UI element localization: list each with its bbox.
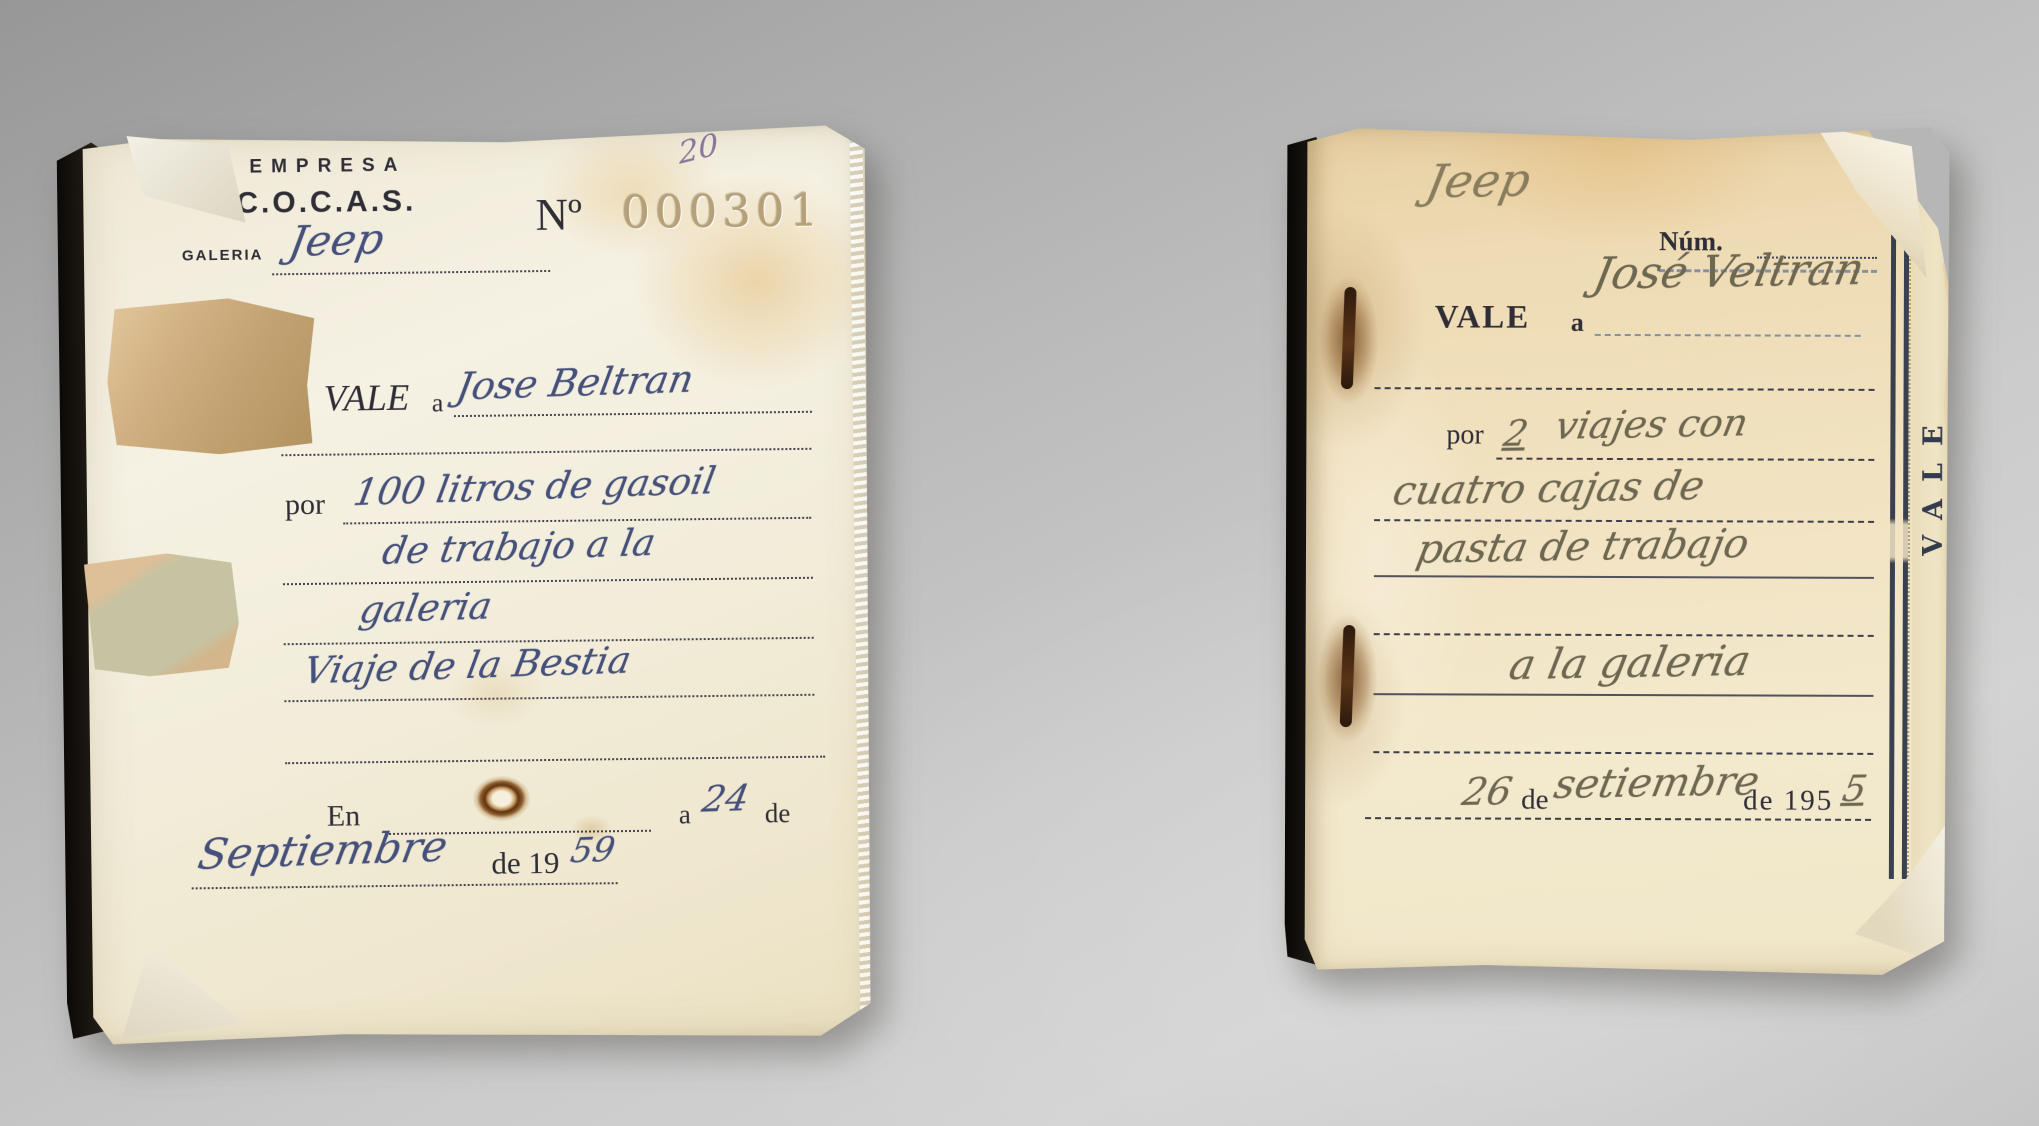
- vale-label: VALE: [1435, 299, 1531, 336]
- blank-line-1: [1375, 387, 1875, 391]
- left-voucher: EMPRESA C.O.C.A.S. Nº 000301 20 GALERIA …: [56, 125, 875, 1045]
- body-line-1-handwritten: viajes con: [1552, 400, 1752, 447]
- year-handwritten: 5: [1839, 769, 1870, 810]
- body-line-3-handwritten: galeria: [356, 584, 495, 631]
- body-line-2-handwritten: de trabajo a la: [379, 521, 659, 573]
- staple-top-slit: [1341, 287, 1357, 389]
- body-line-1-handwritten: 100 litros de gasoil: [350, 459, 719, 514]
- pencil-annotation: 20: [677, 127, 720, 172]
- month-handwritten: Septiembre: [194, 822, 451, 879]
- por-label: por: [1446, 419, 1483, 451]
- staple-bottom: [1317, 613, 1377, 743]
- payee-handwritten: José Veltran: [1589, 244, 1868, 300]
- de-label-1: de: [1521, 784, 1548, 817]
- blank-line-2: [285, 756, 825, 765]
- body-line-4-handwritten: Viaje de la Bestia: [300, 639, 634, 693]
- body-line-1-rule: [1496, 458, 1874, 461]
- destination-rule: [1373, 693, 1873, 697]
- galeria-value-handwritten: Jeep: [285, 214, 388, 266]
- vertical-rule-outer: [1889, 235, 1896, 879]
- year-handwritten: 59: [568, 830, 619, 872]
- day-prefix-label: a: [679, 799, 691, 830]
- tape-patch-bottom: [84, 550, 242, 679]
- body-line-2-handwritten: cuatro cajas de: [1389, 463, 1708, 514]
- blank-line-1: [281, 448, 811, 456]
- blank-line-2: [1374, 633, 1874, 637]
- blank-line-3: [1373, 751, 1873, 755]
- vale-a-label: a: [1571, 308, 1584, 338]
- staple-bottom-slit: [1340, 625, 1356, 727]
- right-voucher-paper: Jeep Núm. VALE a José Veltran por 2 viaj…: [1305, 125, 1950, 975]
- company-name-line1: EMPRESA: [238, 155, 418, 179]
- pencil-annotation: Jeep: [1422, 153, 1535, 209]
- galeria-line: [272, 270, 550, 275]
- serial-number-value: 000301: [621, 184, 823, 239]
- payee-handwritten: Jose Beltran: [453, 357, 697, 409]
- scanned-vouchers-page: EMPRESA C.O.C.A.S. Nº 000301 20 GALERIA …: [0, 0, 2039, 1126]
- month-handwritten: setiembre: [1550, 758, 1763, 807]
- de-label-2: de 195: [1743, 784, 1833, 817]
- staple-top: [1319, 275, 1379, 405]
- day-suffix-label: de: [765, 798, 791, 829]
- stub-vertical-vale-text: VALE: [1918, 391, 1949, 573]
- day-handwritten: 24: [699, 778, 752, 821]
- payee-line: [454, 411, 812, 417]
- body-line-4-rule: [284, 694, 814, 702]
- body-qty-handwritten: 2: [1500, 413, 1531, 454]
- galeria-label: GALERIA: [182, 246, 264, 264]
- serial-number-prefix: Nº: [535, 189, 582, 242]
- body-line-2-rule: [283, 577, 813, 585]
- tape-patch-middle: [106, 297, 314, 456]
- payee-underline: [1595, 334, 1861, 337]
- vale-a-label: a: [432, 388, 444, 418]
- destination-handwritten: a la galeria: [1505, 636, 1755, 689]
- date-rule: [1365, 817, 1871, 821]
- month-rule: [192, 882, 618, 889]
- body-line-3-handwritten: pasta de trabajo: [1413, 521, 1753, 573]
- right-voucher: Jeep Núm. VALE a José Veltran por 2 viaj…: [1285, 125, 1950, 975]
- left-voucher-stitched-edge: [850, 135, 874, 1023]
- vale-label: VALE: [323, 377, 409, 421]
- day-handwritten: 26: [1459, 769, 1516, 814]
- por-label: por: [285, 488, 325, 522]
- body-line-3-rule: [1374, 575, 1874, 579]
- burn-hole-stain: [472, 775, 531, 822]
- year-printed: de 19: [491, 845, 559, 882]
